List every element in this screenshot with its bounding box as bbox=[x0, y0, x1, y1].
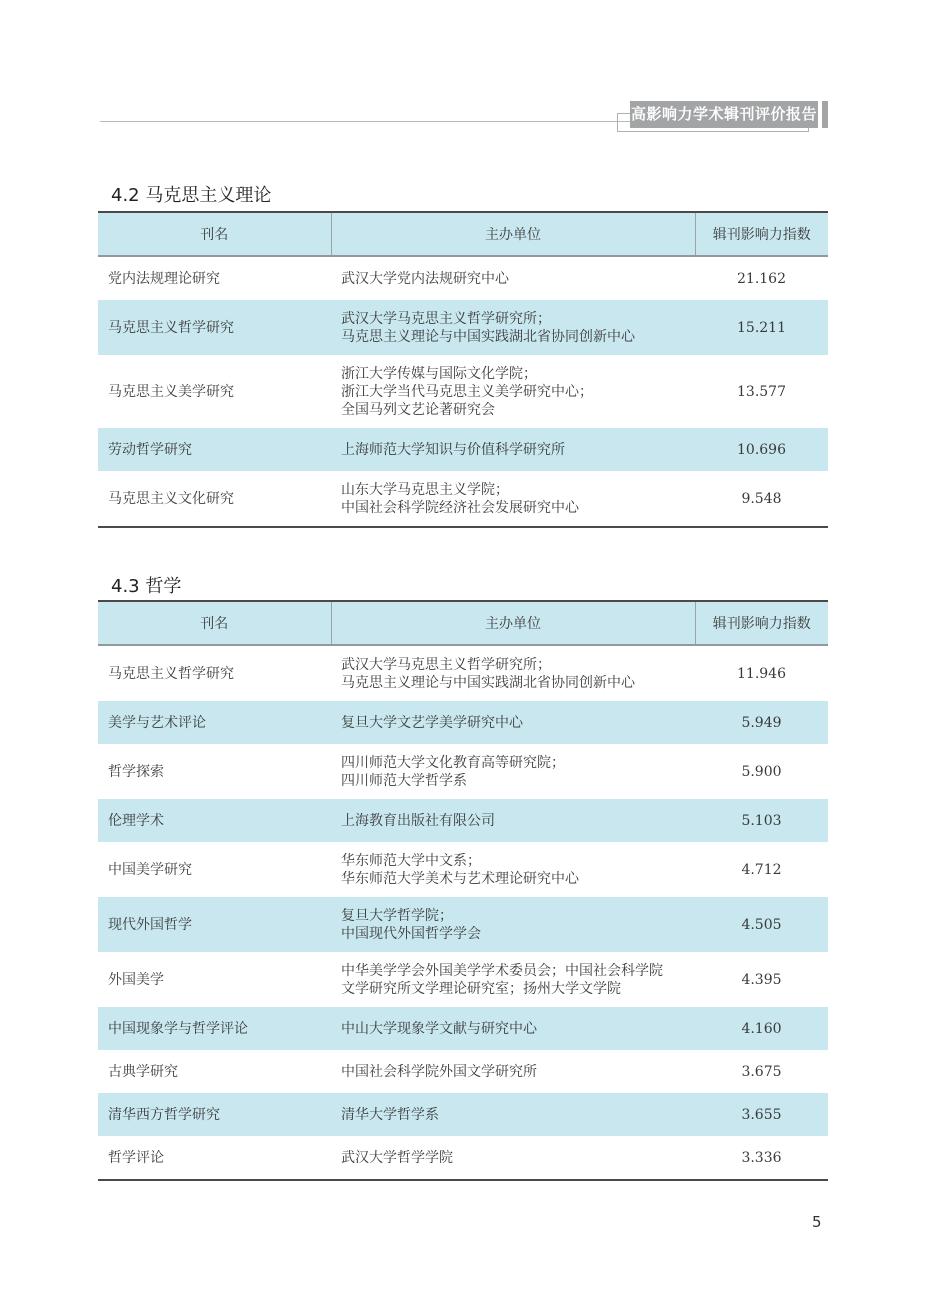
publisher: 清华大学哲学系 bbox=[331, 1093, 695, 1136]
journal-name: 马克思主义文化研究 bbox=[98, 471, 331, 527]
publisher: 复旦大学文艺学美学研究中心 bbox=[331, 701, 695, 744]
column-header-index: 辑刊影响力指数 bbox=[695, 601, 828, 645]
impact-index: 21.162 bbox=[695, 256, 828, 300]
impact-index: 3.675 bbox=[695, 1050, 828, 1093]
publisher: 武汉大学哲学学院 bbox=[331, 1136, 695, 1180]
journal-name: 党内法规理论研究 bbox=[98, 256, 331, 300]
table-row: 党内法规理论研究 武汉大学党内法规研究中心 21.162 bbox=[98, 256, 828, 300]
table-row: 马克思主义哲学研究 武汉大学马克思主义哲学研究所；马克思主义理论与中国实践湖北省… bbox=[98, 645, 828, 701]
journal-name: 劳动哲学研究 bbox=[98, 428, 331, 471]
running-header-title: 高影响力学术辑刊评价报告 bbox=[630, 101, 818, 128]
table-header-row: 刊名 主办单位 辑刊影响力指数 bbox=[98, 601, 828, 645]
page-number: 5 bbox=[812, 1213, 822, 1231]
publisher: 武汉大学党内法规研究中心 bbox=[331, 256, 695, 300]
column-header-publisher: 主办单位 bbox=[331, 212, 695, 256]
impact-index: 4.395 bbox=[695, 952, 828, 1007]
publisher: 中山大学现象学文献与研究中心 bbox=[331, 1007, 695, 1050]
impact-index: 13.577 bbox=[695, 355, 828, 428]
journal-name: 现代外国哲学 bbox=[98, 897, 331, 952]
impact-index: 3.655 bbox=[695, 1093, 828, 1136]
publisher: 复旦大学哲学院；中国现代外国哲学学会 bbox=[331, 897, 695, 952]
table-header-row: 刊名 主办单位 辑刊影响力指数 bbox=[98, 212, 828, 256]
publisher: 中华美学学会外国美学学术委员会；中国社会科学院文学研究所文学理论研究室；扬州大学… bbox=[331, 952, 695, 1007]
table-marxism: 刊名 主办单位 辑刊影响力指数 党内法规理论研究 武汉大学党内法规研究中心 21… bbox=[98, 211, 828, 528]
table-row: 清华西方哲学研究 清华大学哲学系 3.655 bbox=[98, 1093, 828, 1136]
journal-name: 马克思主义哲学研究 bbox=[98, 300, 331, 355]
impact-index: 15.211 bbox=[695, 300, 828, 355]
table-row: 现代外国哲学 复旦大学哲学院；中国现代外国哲学学会 4.505 bbox=[98, 897, 828, 952]
table-row: 外国美学 中华美学学会外国美学学术委员会；中国社会科学院文学研究所文学理论研究室… bbox=[98, 952, 828, 1007]
section-title-marxism: 4.2 马克思主义理论 bbox=[111, 181, 271, 207]
publisher: 山东大学马克思主义学院；中国社会科学院经济社会发展研究中心 bbox=[331, 471, 695, 527]
section-title-philosophy: 4.3 哲学 bbox=[111, 572, 181, 598]
journal-name: 中国美学研究 bbox=[98, 842, 331, 897]
table-row: 马克思主义美学研究 浙江大学传媒与国际文化学院；浙江大学当代马克思主义美学研究中… bbox=[98, 355, 828, 428]
journal-name: 哲学评论 bbox=[98, 1136, 331, 1180]
publisher: 中国社会科学院外国文学研究所 bbox=[331, 1050, 695, 1093]
table-row: 伦理学术 上海教育出版社有限公司 5.103 bbox=[98, 799, 828, 842]
table-row: 哲学评论 武汉大学哲学学院 3.336 bbox=[98, 1136, 828, 1180]
column-header-name: 刊名 bbox=[98, 212, 331, 256]
table-philosophy: 刊名 主办单位 辑刊影响力指数 马克思主义哲学研究 武汉大学马克思主义哲学研究所… bbox=[98, 600, 828, 1181]
table-row: 马克思主义哲学研究 武汉大学马克思主义哲学研究所；马克思主义理论与中国实践湖北省… bbox=[98, 300, 828, 355]
header-tab-decoration bbox=[822, 101, 828, 128]
journal-name: 清华西方哲学研究 bbox=[98, 1093, 331, 1136]
publisher: 四川师范大学文化教育高等研究院；四川师范大学哲学系 bbox=[331, 744, 695, 799]
impact-index: 5.900 bbox=[695, 744, 828, 799]
impact-index: 4.712 bbox=[695, 842, 828, 897]
publisher: 上海教育出版社有限公司 bbox=[331, 799, 695, 842]
table-row: 劳动哲学研究 上海师范大学知识与价值科学研究所 10.696 bbox=[98, 428, 828, 471]
impact-index: 4.505 bbox=[695, 897, 828, 952]
journal-name: 马克思主义哲学研究 bbox=[98, 645, 331, 701]
impact-index: 3.336 bbox=[695, 1136, 828, 1180]
impact-index: 11.946 bbox=[695, 645, 828, 701]
impact-index: 5.103 bbox=[695, 799, 828, 842]
column-header-publisher: 主办单位 bbox=[331, 601, 695, 645]
impact-index: 10.696 bbox=[695, 428, 828, 471]
impact-index: 9.548 bbox=[695, 471, 828, 527]
column-header-name: 刊名 bbox=[98, 601, 331, 645]
table-row: 马克思主义文化研究 山东大学马克思主义学院；中国社会科学院经济社会发展研究中心 … bbox=[98, 471, 828, 527]
impact-index: 5.949 bbox=[695, 701, 828, 744]
journal-name: 美学与艺术评论 bbox=[98, 701, 331, 744]
journal-name: 古典学研究 bbox=[98, 1050, 331, 1093]
journal-name: 伦理学术 bbox=[98, 799, 331, 842]
table-row: 中国美学研究 华东师范大学中文系；华东师范大学美术与艺术理论研究中心 4.712 bbox=[98, 842, 828, 897]
journal-name: 哲学探索 bbox=[98, 744, 331, 799]
column-header-index: 辑刊影响力指数 bbox=[695, 212, 828, 256]
table-row: 古典学研究 中国社会科学院外国文学研究所 3.675 bbox=[98, 1050, 828, 1093]
publisher: 武汉大学马克思主义哲学研究所；马克思主义理论与中国实践湖北省协同创新中心 bbox=[331, 645, 695, 701]
header-rule bbox=[100, 121, 630, 122]
impact-index: 4.160 bbox=[695, 1007, 828, 1050]
publisher: 华东师范大学中文系；华东师范大学美术与艺术理论研究中心 bbox=[331, 842, 695, 897]
journal-name: 外国美学 bbox=[98, 952, 331, 1007]
publisher: 浙江大学传媒与国际文化学院；浙江大学当代马克思主义美学研究中心；全国马列文艺论著… bbox=[331, 355, 695, 428]
journal-name: 中国现象学与哲学评论 bbox=[98, 1007, 331, 1050]
journal-name: 马克思主义美学研究 bbox=[98, 355, 331, 428]
table-row: 哲学探索 四川师范大学文化教育高等研究院；四川师范大学哲学系 5.900 bbox=[98, 744, 828, 799]
publisher: 武汉大学马克思主义哲学研究所；马克思主义理论与中国实践湖北省协同创新中心 bbox=[331, 300, 695, 355]
table-row: 中国现象学与哲学评论 中山大学现象学文献与研究中心 4.160 bbox=[98, 1007, 828, 1050]
publisher: 上海师范大学知识与价值科学研究所 bbox=[331, 428, 695, 471]
table-row: 美学与艺术评论 复旦大学文艺学美学研究中心 5.949 bbox=[98, 701, 828, 744]
